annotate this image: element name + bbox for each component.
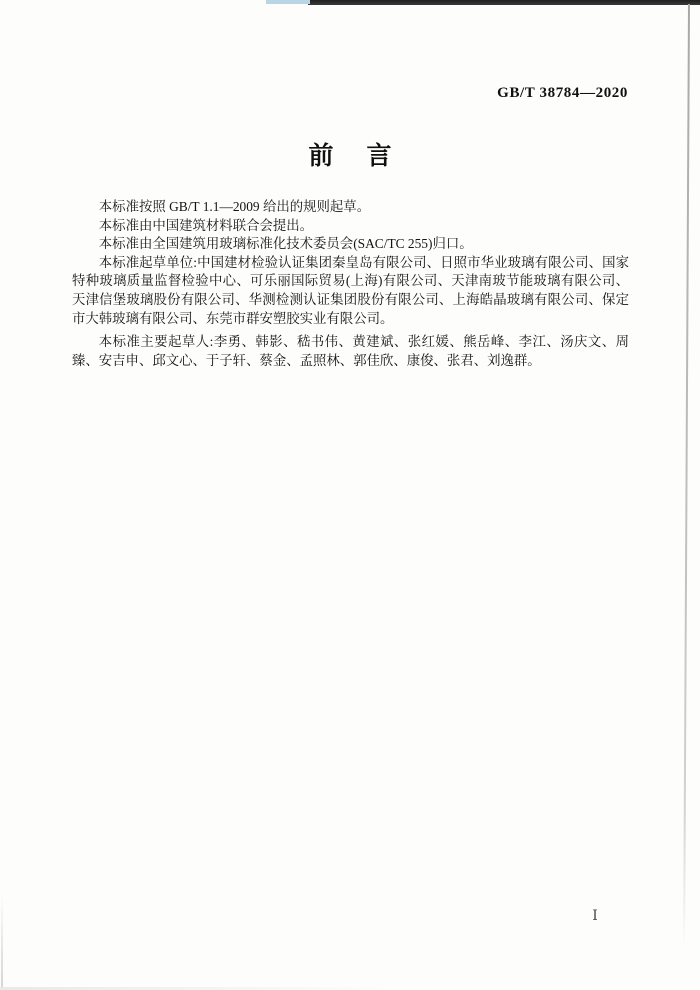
foreword-paragraph: 本标准主要起草人:李勇、韩影、嵇书伟、黄建斌、张红媛、熊岳峰、李江、汤庆文、周臻… — [72, 333, 629, 370]
foreword-title: 前言 — [0, 136, 700, 172]
foreword-paragraph: 本标准起草单位:中国建材检验认证集团秦皇岛有限公司、日照市华业玻璃有限公司、国家… — [72, 254, 629, 328]
foreword-paragraph: 本标准由全国建筑用玻璃标准化技术委员会(SAC/TC 255)归口。 — [72, 235, 629, 254]
scan-top-edge-artifact — [308, 0, 700, 5]
page-number: Ⅰ — [560, 908, 630, 925]
foreword-paragraph: 本标准由中国建筑材料联合会提出。 — [72, 217, 629, 236]
standard-code-header: GB/T 38784—2020 — [0, 85, 628, 102]
scan-left-edge-artifact — [1, 895, 3, 990]
foreword-body: 本标准按照 GB/T 1.1—2009 给出的规则起草。本标准由中国建筑材料联合… — [72, 198, 629, 370]
foreword-paragraph: 本标准按照 GB/T 1.1—2009 给出的规则起草。 — [72, 198, 629, 217]
scan-top-blue-artifact — [266, 0, 310, 4]
scanned-standard-page: GB/T 38784—2020 前言 本标准按照 GB/T 1.1—2009 给… — [0, 0, 700, 990]
